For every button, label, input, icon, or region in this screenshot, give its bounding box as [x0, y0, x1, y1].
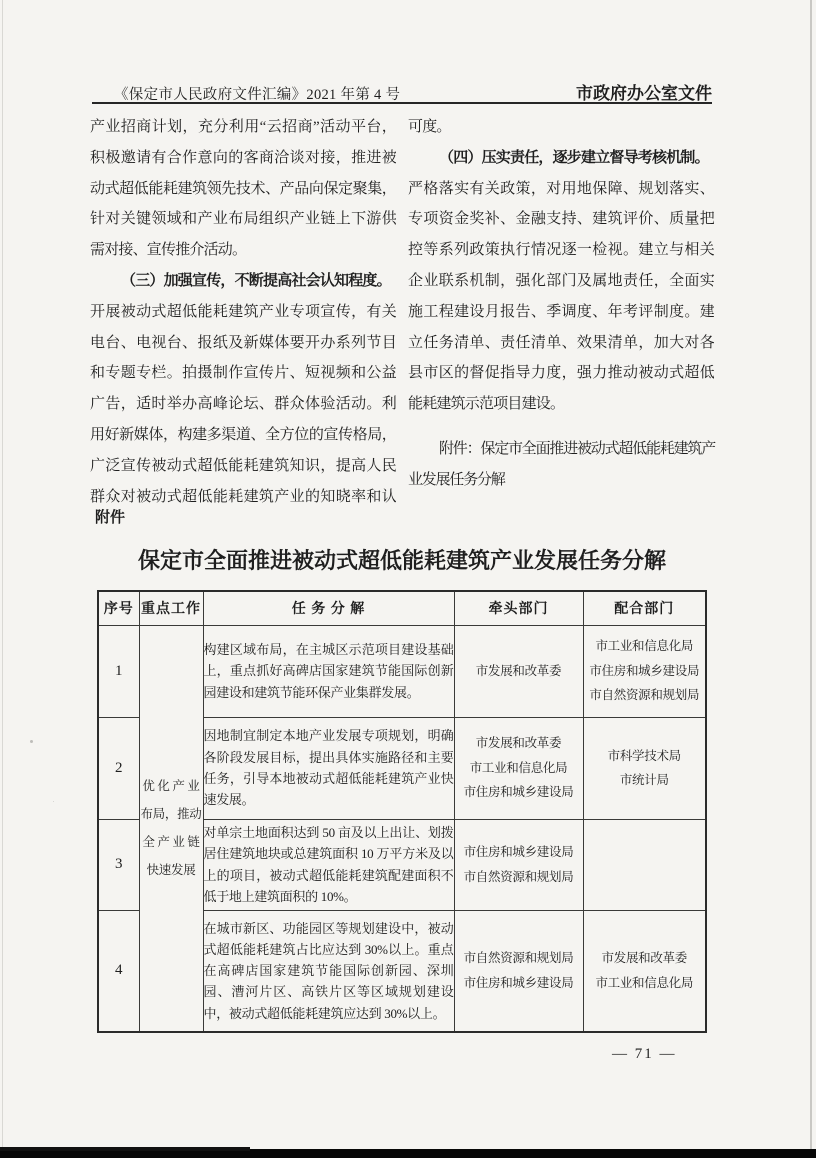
page-number: — 71 — [612, 1046, 677, 1063]
body-text-line: 需对接、宣传推介活动。 [90, 235, 396, 266]
header-compilation-title: 《保定市人民政府文件汇编》2021 年第 4 号 [114, 83, 400, 104]
task-breakdown-cell: 在城市新区、功能园区等规划建设中，被动式超低能耗建筑占比应达到 30%以上。重点… [203, 910, 454, 1032]
row-number-cell: 4 [98, 910, 139, 1032]
body-text-line: 专项资金奖补、金融支持、建筑评价、质量把 [408, 204, 714, 235]
key-work-line: 全 产 业 链 [140, 828, 203, 856]
body-gap [408, 420, 714, 434]
key-work-line: 快速发展 [140, 856, 203, 884]
key-work-line: 优 化 产 业 [140, 772, 203, 800]
body-text-line: （四）压实责任，逐步建立督导考核机制。 [408, 143, 714, 174]
col-header-task-breakdown: 任 务 分 解 [203, 591, 454, 625]
key-work-merged-cell: 优 化 产 业布局，推动全 产 业 链快速发展 [139, 625, 203, 1032]
lead-dept-cell: 市发展和改革委市工业和信息化局市住房和城乡建设局 [454, 717, 583, 819]
lead-dept-cell: 市住房和城乡建设局市自然资源和规划局 [454, 819, 583, 910]
scanned-document-page: 《保定市人民政府文件汇编》2021 年第 4 号 市政府办公室文件 产业招商计划… [0, 0, 816, 1158]
lead-dept-name: 市住房和城乡建设局 [455, 971, 583, 996]
body-text-line: 严格落实有关政策，对用地保障、规划落实、 [408, 174, 714, 205]
scan-edge-left [2, 0, 3, 1158]
body-text-line: 业发展任务分解 [408, 465, 714, 496]
attachment-title: 保定市全面推进被动式超低能耗建筑产业发展任务分解 [92, 544, 712, 575]
support-dept-name: 市工业和信息化局 [584, 634, 706, 659]
body-text-line: 和专题专栏。拍摄制作宣传片、短视频和公益 [90, 358, 396, 389]
body-text-line: 施工程建设月报告、季调度、年考评制度。建 [408, 297, 714, 328]
header-office-label: 市政府办公室文件 [576, 79, 712, 104]
body-text-line: 针对关键领域和产业布局组织产业链上下游供 [90, 204, 396, 235]
body-text-line: 广泛宣传被动式超低能耗建筑知识，提高人民 [90, 451, 396, 482]
body-text-line: 开展被动式超低能耗建筑产业专项宣传，有关 [90, 297, 396, 328]
col-header-key-work: 重点工作 [139, 591, 203, 625]
table-row: 1优 化 产 业布局，推动全 产 业 链快速发展构建区域布局，在主城区示范项目建… [98, 625, 706, 717]
scan-edge-right [810, 0, 812, 1158]
body-text-line: 企业联系机制，强化部门及属地责任，全面实 [408, 266, 714, 297]
support-dept-name: 市住房和城乡建设局 [584, 659, 706, 684]
support-dept-name: 市发展和改革委 [584, 946, 706, 971]
support-dept-name: 市自然资源和规划局 [584, 683, 706, 708]
attachment-label: 附件 [95, 506, 125, 527]
col-header-lead-dept: 牵头部门 [454, 591, 583, 625]
support-dept-cell [583, 819, 706, 910]
support-dept-cell: 市科学技术局市统计局 [583, 717, 706, 819]
body-text-line: 县市区的督促指导力度，强力推动被动式超低 [408, 358, 714, 389]
body-text-line: 立任务清单、责任清单、效果清单，加大对各 [408, 328, 714, 359]
body-text-line: 控等系列政策执行情况逐一检视。建立与相关 [408, 235, 714, 266]
table-header-row: 序号 重点工作 任 务 分 解 牵头部门 配合部门 [98, 591, 706, 625]
scan-bottom-bar-edge [0, 1147, 250, 1151]
body-text-line: （三）加强宣传，不断提高社会认知程度。 [90, 266, 396, 297]
row-number-cell: 1 [98, 625, 139, 717]
body-text-line: 动式超低能耗建筑领先技术、产品向保定聚集， [90, 174, 396, 205]
lead-dept-name: 市住房和城乡建设局 [455, 780, 583, 805]
row-number-cell: 2 [98, 717, 139, 819]
task-breakdown-cell: 对单宗土地面积达到 50 亩及以上出让、划拨居住建筑地块或总建筑面积 10 万平… [203, 819, 454, 910]
body-text-line: 能耗建筑示范项目建设。 [408, 389, 714, 420]
task-table-body: 1优 化 产 业布局，推动全 产 业 链快速发展构建区域布局，在主城区示范项目建… [98, 625, 706, 1032]
task-breakdown-cell: 构建区域布局，在主城区示范项目建设基础上，重点抓好高碑店国家建筑节能国际创新园建… [203, 625, 454, 717]
header-rule [92, 102, 712, 104]
support-dept-name: 市科学技术局 [584, 744, 706, 769]
task-table: 序号 重点工作 任 务 分 解 牵头部门 配合部门 1优 化 产 业布局，推动全… [97, 590, 707, 1033]
lead-dept-name: 市发展和改革委 [455, 659, 583, 684]
scan-speck [30, 740, 33, 743]
body-text-line: 群众对被动式超低能耗建筑产业的知晓率和认 [90, 482, 396, 513]
col-header-serial: 序号 [98, 591, 139, 625]
lead-dept-name: 市住房和城乡建设局 [455, 840, 583, 865]
lead-dept-cell: 市发展和改革委 [454, 625, 583, 717]
lead-dept-cell: 市自然资源和规划局市住房和城乡建设局 [454, 910, 583, 1032]
body-column-right: 可度。（四）压实责任，逐步建立督导考核机制。严格落实有关政策，对用地保障、规划落… [408, 112, 714, 512]
row-number-cell: 3 [98, 819, 139, 910]
body-column-left: 产业招商计划，充分利用“云招商”活动平台，积极邀请有合作意向的客商洽谈对接，推进… [90, 112, 396, 512]
support-dept-name: 市统计局 [584, 768, 706, 793]
lead-dept-name: 市自然资源和规划局 [455, 946, 583, 971]
body-text-line: 积极邀请有合作意向的客商洽谈对接，推进被 [90, 143, 396, 174]
body-text-line: 产业招商计划，充分利用“云招商”活动平台， [90, 112, 396, 143]
body-columns: 产业招商计划，充分利用“云招商”活动平台，积极邀请有合作意向的客商洽谈对接，推进… [90, 112, 714, 512]
body-text-line: 可度。 [408, 112, 714, 143]
body-text-line: 附件：保定市全面推进被动式超低能耗建筑产 [408, 434, 714, 465]
body-text-line: 广告，适时举办高峰论坛、群众体验活动。利 [90, 389, 396, 420]
lead-dept-name: 市工业和信息化局 [455, 756, 583, 781]
body-text-line: 用好新媒体，构建多渠道、全方位的宣传格局， [90, 420, 396, 451]
support-dept-name: 市工业和信息化局 [584, 971, 706, 996]
col-header-support-dept: 配合部门 [583, 591, 706, 625]
lead-dept-name: 市发展和改革委 [455, 731, 583, 756]
support-dept-cell: 市发展和改革委市工业和信息化局 [583, 910, 706, 1032]
lead-dept-name: 市自然资源和规划局 [455, 865, 583, 890]
task-breakdown-cell: 因地制宜制定本地产业发展专项规划，明确各阶段发展目标，提出具体实施路径和主要任务… [203, 717, 454, 819]
key-work-line: 布局，推动 [140, 800, 203, 828]
body-text-line: 电台、电视台、报纸及新媒体要开办系列节目 [90, 328, 396, 359]
support-dept-cell: 市工业和信息化局市住房和城乡建设局市自然资源和规划局 [583, 625, 706, 717]
